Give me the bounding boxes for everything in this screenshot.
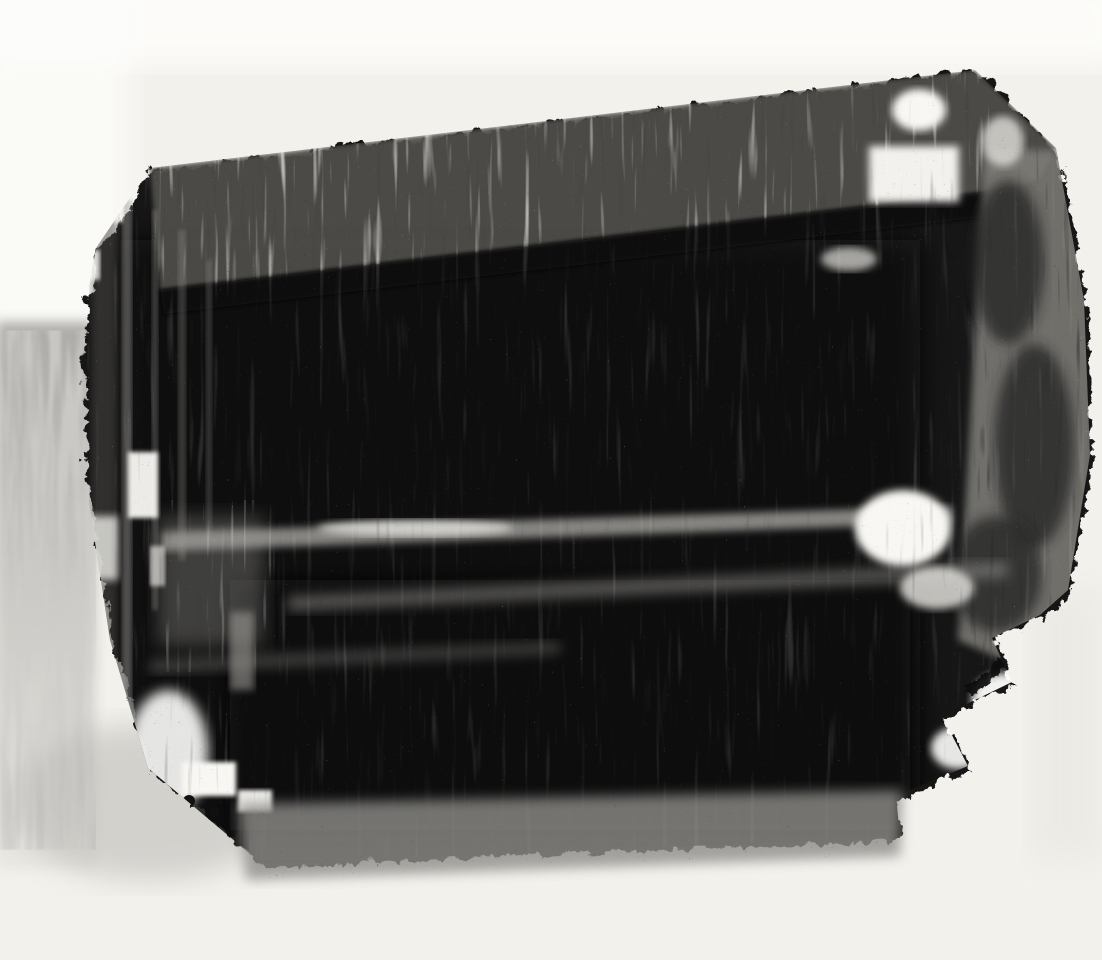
gem-interior <box>60 55 1102 865</box>
artwork-canvas <box>0 0 1102 960</box>
gem-print-artwork <box>0 0 1102 960</box>
gem-speckle-dark <box>60 55 1102 865</box>
bottom-right-outer-haze <box>1030 590 1102 860</box>
paper-highlight-top <box>0 0 1102 66</box>
